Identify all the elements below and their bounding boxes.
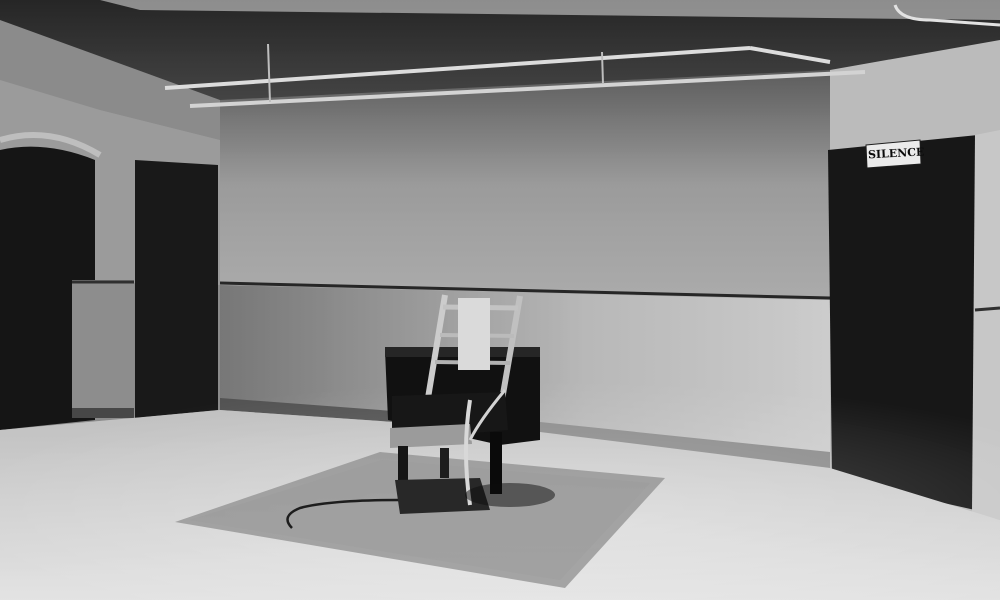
photograph: SILENCE bbox=[0, 0, 1000, 600]
room-illustration bbox=[0, 0, 1000, 600]
silence-sign: SILENCE bbox=[868, 143, 921, 166]
